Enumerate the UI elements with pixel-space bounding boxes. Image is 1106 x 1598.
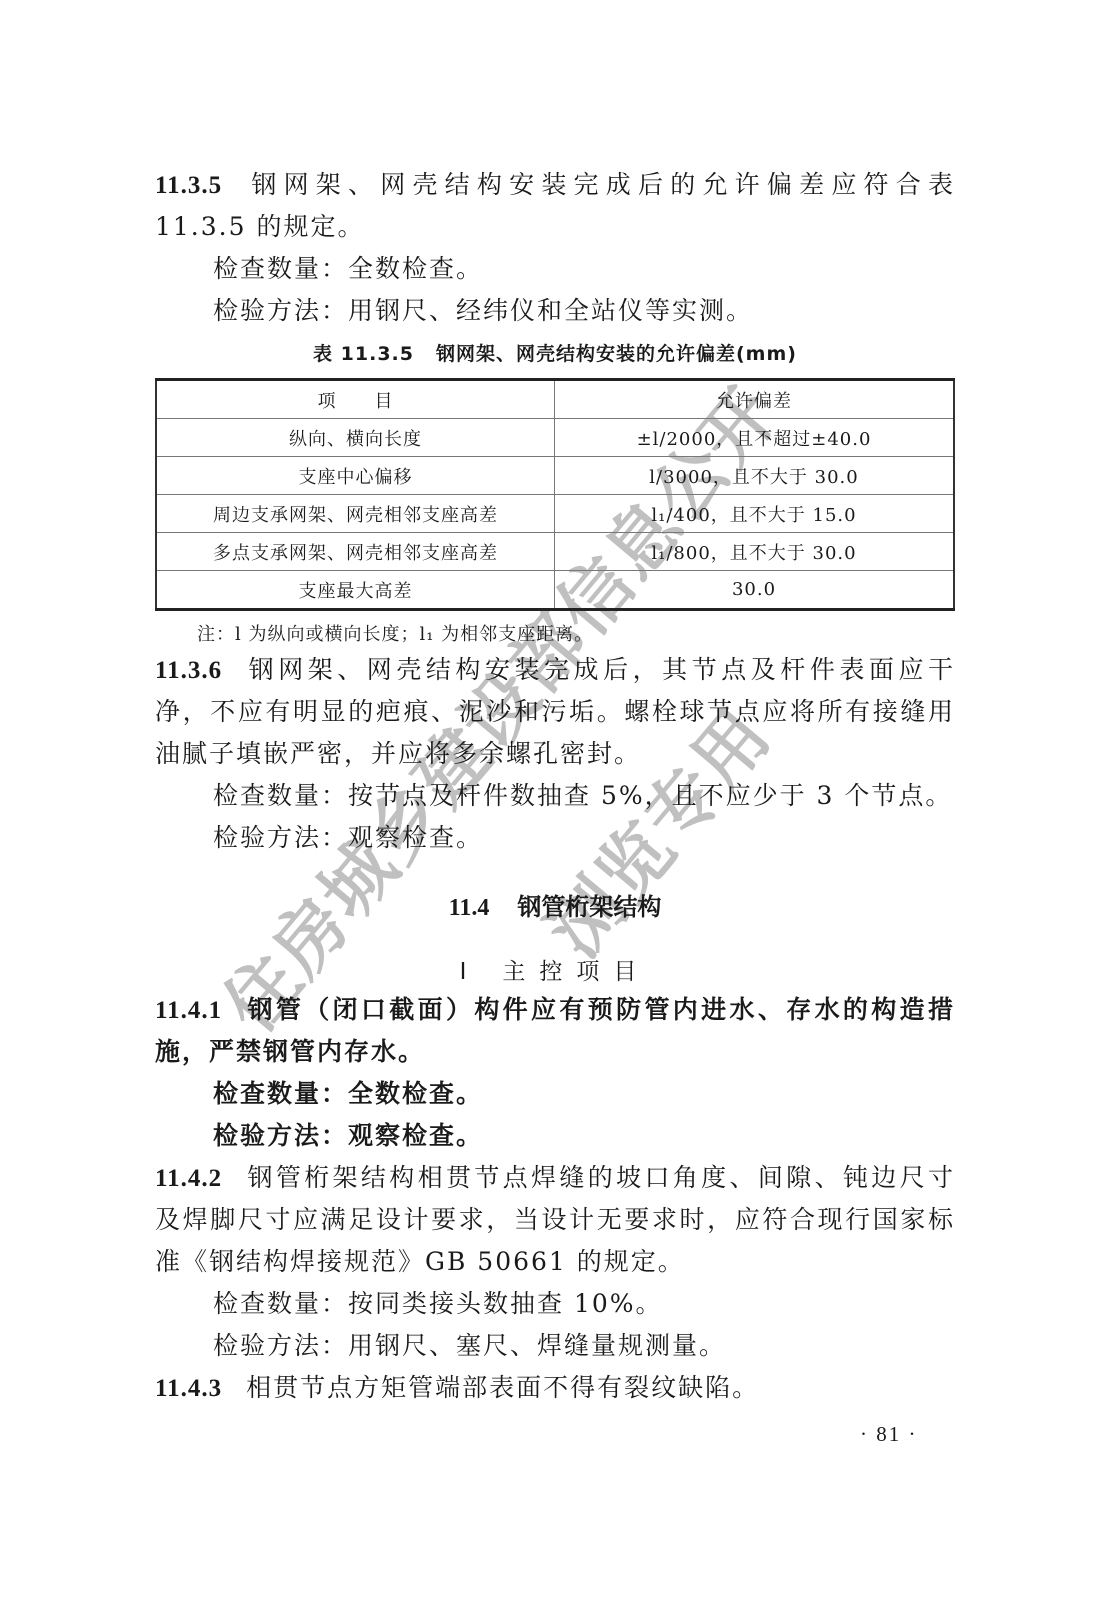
table-row: 支座中心偏移 l/3000，且不大于 30.0 (156, 457, 954, 495)
table-cell-item: 纵向、横向长度 (156, 419, 555, 457)
table-header-deviation: 允许偏差 (555, 380, 955, 419)
table-row: 周边支承网架、网壳相邻支座高差 l₁/400，且不大于 15.0 (156, 495, 954, 533)
clause-11-4-1-line-2: 施，严禁钢管内存水。 (155, 1037, 955, 1067)
section-number: 11.4 (449, 895, 490, 921)
subsection-roman: Ⅰ (460, 959, 481, 984)
table-cell-deviation: l₁/800，且不大于 30.0 (555, 533, 955, 571)
section-heading: 11.4钢管桁架结构 (155, 887, 955, 922)
table-cell-deviation: l/3000，且不大于 30.0 (555, 457, 955, 495)
clause-11-4-2-line-3: 准《钢结构焊接规范》GB 50661 的规定。 (155, 1247, 955, 1277)
clause-number: 11.4.1 (155, 997, 222, 1024)
clause-11-3-6-line-1: 11.3.6钢网架、网壳结构安装完成后，其节点及杆件表面应干 (155, 655, 955, 686)
subsection-title: 主控项目 (502, 959, 650, 985)
table-cell-deviation: l₁/400，且不大于 15.0 (555, 495, 955, 533)
table-cell-item: 支座最大高差 (156, 571, 555, 610)
clause-11-3-5-line-2: 11.3.5 的规定。 (155, 212, 955, 242)
table-caption: 表 11.3.5钢网架、网壳结构安装的允许偏差(mm) (155, 339, 955, 366)
table-cell-deviation: 30.0 (555, 571, 955, 610)
table-cell-item: 多点支承网架、网壳相邻支座高差 (156, 533, 555, 571)
clause-text: 钢网架、网壳结构安装完成后，其节点及杆件表面应干 (246, 655, 955, 684)
table-note: 注：l 为纵向或横向长度；l₁ 为相邻支座距离。 (197, 620, 593, 646)
clause-text: 相贯节点方矩管端部表面不得有裂纹缺陷。 (246, 1373, 759, 1402)
clause-11-3-6-check-quantity: 检查数量：按节点及杆件数抽查 5%，且不应少于 3 个节点。 (213, 781, 1013, 811)
page-number: · 81 · (860, 1422, 918, 1447)
table-header-row: 项 目 允许偏差 (156, 380, 954, 419)
clause-number: 11.3.6 (155, 657, 222, 684)
clause-11-4-2-line-1: 11.4.2钢管桁架结构相贯节点焊缝的坡口角度、间隙、钝边尺寸 (155, 1163, 955, 1194)
clause-11-4-3-line-1: 11.4.3相贯节点方矩管端部表面不得有裂纹缺陷。 (155, 1373, 955, 1404)
clause-number: 11.4.2 (155, 1165, 222, 1192)
clause-11-4-1-line-1: 11.4.1钢管（闭口截面）构件应有预防管内进水、存水的构造措 (155, 995, 955, 1026)
clause-number: 11.3.5 (155, 172, 222, 199)
clause-11-4-1-check-quantity: 检查数量：全数检查。 (213, 1079, 1013, 1109)
clause-text: 钢管（闭口截面）构件应有预防管内进水、存水的构造措 (246, 995, 955, 1024)
clause-text: 钢管桁架结构相贯节点焊缝的坡口角度、间隙、钝边尺寸 (246, 1163, 955, 1192)
table-row: 纵向、横向长度 ±l/2000，且不超过±40.0 (156, 419, 954, 457)
table-row: 支座最大高差 30.0 (156, 571, 954, 610)
clause-number: 11.4.3 (155, 1375, 222, 1402)
clause-11-4-2-line-2: 及焊脚尺寸应满足设计要求，当设计无要求时，应符合现行国家标 (155, 1205, 955, 1235)
clause-11-4-2-check-quantity: 检查数量：按同类接头数抽查 10%。 (213, 1289, 1013, 1319)
subsection-heading: Ⅰ主控项目 (155, 953, 955, 986)
clause-11-3-6-check-method: 检验方法：观察检查。 (213, 823, 1013, 853)
clause-11-3-5-line-1: 11.3.5钢网架、网壳结构安装完成后的允许偏差应符合表 (155, 170, 955, 201)
table-row: 多点支承网架、网壳相邻支座高差 l₁/800，且不大于 30.0 (156, 533, 954, 571)
clause-11-3-5-check-method: 检验方法：用钢尺、经纬仪和全站仪等实测。 (213, 296, 1013, 326)
clause-11-3-6-line-3: 油腻子填嵌严密，并应将多余螺孔密封。 (155, 739, 955, 769)
table-caption-number: 表 11.3.5 (313, 343, 414, 365)
clause-11-3-5-check-quantity: 检查数量：全数检查。 (213, 254, 1013, 284)
clause-11-4-2-check-method: 检验方法：用钢尺、塞尺、焊缝量规测量。 (213, 1331, 1013, 1361)
table-cell-item: 支座中心偏移 (156, 457, 555, 495)
clause-11-4-1-check-method: 检验方法：观察检查。 (213, 1121, 1013, 1151)
table-cell-deviation: ±l/2000，且不超过±40.0 (555, 419, 955, 457)
section-title: 钢管桁架结构 (517, 893, 661, 921)
clause-text: 钢网架、网壳结构安装完成后的允许偏差应符合表 (246, 170, 955, 199)
clause-11-3-6-line-2: 净，不应有明显的疤痕、泥沙和污垢。螺栓球节点应将所有接缝用 (155, 697, 955, 727)
table-caption-title: 钢网架、网壳结构安装的允许偏差(mm) (436, 343, 797, 365)
allowable-deviation-table: 项 目 允许偏差 纵向、横向长度 ±l/2000，且不超过±40.0 支座中心偏… (155, 378, 955, 611)
table-cell-item: 周边支承网架、网壳相邻支座高差 (156, 495, 555, 533)
table-header-item: 项 目 (156, 380, 555, 419)
